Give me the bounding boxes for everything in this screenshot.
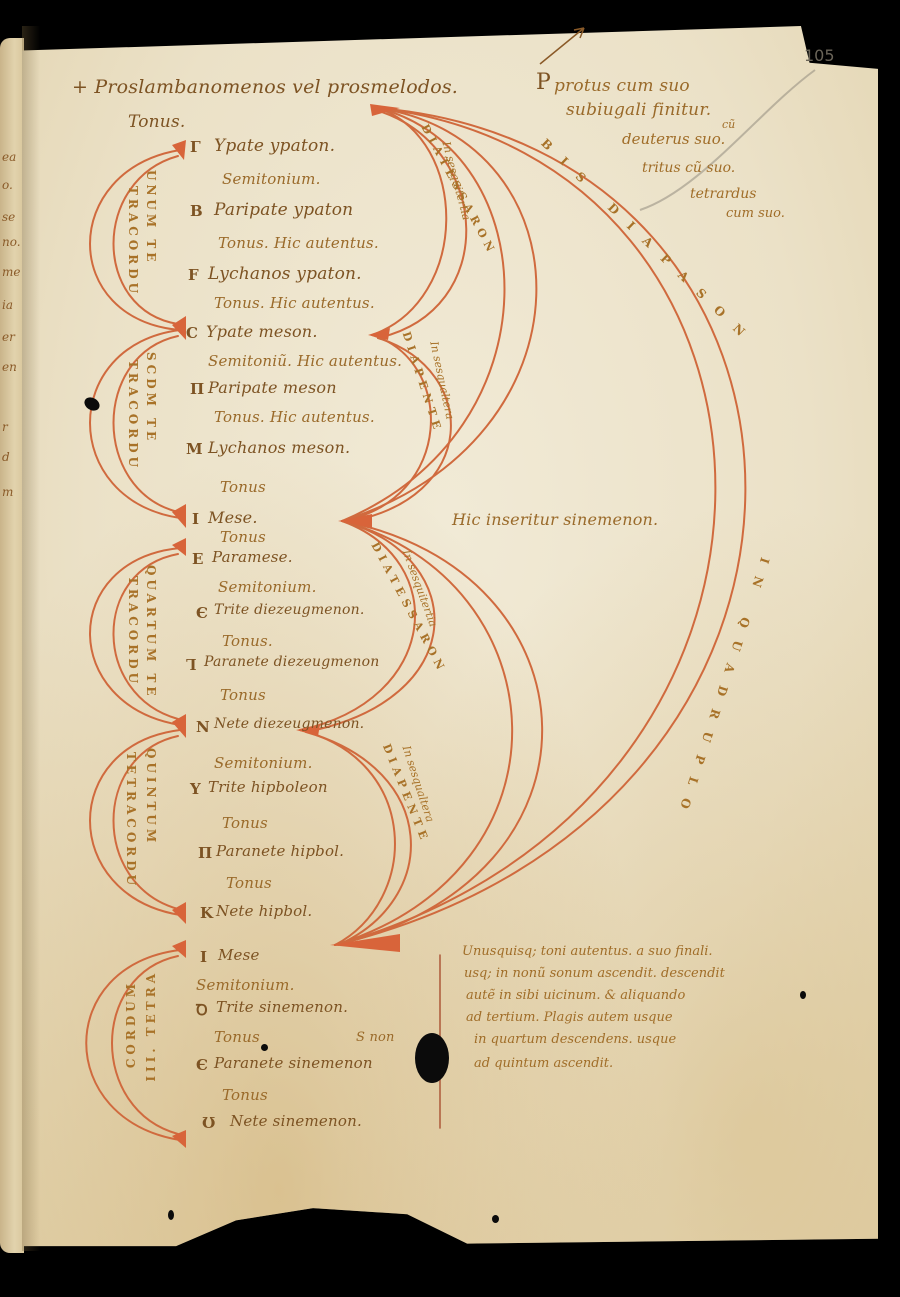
note-letter: Ε (192, 550, 203, 568)
note-name: Paranete diezeugmenon (204, 654, 379, 670)
tetrachord-4-label-a: QUARTUM TE (144, 565, 158, 700)
note-name: Mese (218, 946, 260, 964)
parchment-hole (415, 1033, 449, 1083)
note-name: Paripate ypaton (214, 200, 353, 220)
header-line1: + Proslambanomenos vel prosmelodos. (72, 76, 458, 98)
note-name: Nete sinemenon. (230, 1112, 362, 1130)
note-letter: I (200, 948, 207, 966)
mode-note-cumsuo: cum suo. (726, 206, 785, 221)
annotation-snon: S non (356, 1030, 395, 1045)
tetrachord-4-label-b: TRACORDU (126, 576, 140, 687)
note-name: Mese. (208, 508, 258, 527)
mode-note-deuterus: deuterus suo. (622, 130, 725, 148)
note-name: Trite hipboleon (208, 778, 328, 796)
parchment-hole (800, 991, 806, 999)
note-letter: Ꞁ (186, 656, 197, 674)
sinemenon-note: Hic inseritur sinemenon. (452, 510, 658, 529)
tetrachord-syn-label-b: CORDUM (124, 980, 138, 1068)
note-name: Paramese. (212, 548, 293, 566)
tetrachord-1-label-b: TRACORDU (126, 186, 140, 297)
parchment-hole (261, 1044, 268, 1051)
header-line2: subiugali finitur. (566, 100, 711, 120)
mode-note-tritus: tritus cũ suo. (642, 160, 735, 176)
interval-label: Semitonium. (214, 754, 313, 772)
note-name: Paripate meson (208, 378, 337, 397)
note-letter: M (186, 440, 203, 458)
header-protus: protus cum suo (554, 76, 690, 96)
interval-label: Semitonium. (222, 170, 321, 188)
tetrachord-syn-label-a: III. TETRA (144, 970, 158, 1081)
note-name: Lychanos meson. (208, 438, 350, 457)
tetrachord-2-label-b: TRACORDU (126, 360, 140, 471)
interval-label: Tonus (222, 1086, 268, 1104)
note-name: Paranete hipbol. (216, 842, 344, 860)
note-name: Trite diezeugmenon. (214, 602, 365, 618)
note-letter: K (200, 904, 213, 922)
parchment-hole (168, 1210, 174, 1220)
interval-label: Tonus. Hic autentus. (214, 408, 375, 426)
note-letter: Π (198, 844, 212, 862)
note-name: Ypate meson. (206, 322, 318, 341)
note-name: Paranete sinemenon (214, 1054, 373, 1072)
diapason-arc-lower (335, 521, 542, 945)
note-letter: Π (190, 380, 204, 398)
note-letter: Γ (190, 138, 201, 156)
note-letter: Ꝺ (196, 1000, 208, 1020)
note-line: Unusquisq; toni autentus. a suo finali. (462, 944, 713, 959)
note-letter: Ν (196, 718, 210, 736)
interval-label: Semitonium. (218, 578, 317, 596)
note-name: Nete diezeugmenon. (214, 716, 364, 732)
interval-label: Tonus. Hic autentus. (218, 234, 379, 252)
folio-number: 105 (804, 46, 835, 65)
note-name: Nete hipbol. (216, 902, 312, 920)
note-line: usq; in nonũ sonum ascendit. descendit (464, 966, 725, 981)
parchment-hole (492, 1215, 499, 1223)
header-tonus: Tonus. (128, 112, 185, 132)
note-letter: C (186, 324, 198, 342)
interval-label: Tonus (220, 686, 266, 704)
note-letter: I (192, 510, 199, 528)
interval-label: Tonus (220, 528, 266, 546)
note-line: autẽ in sibi uicinum. & aliquando (466, 988, 685, 1003)
interval-label: Semitoniũ. Hic autentus. (208, 352, 402, 370)
tetrachord-5-label-b: TETRACORDU (124, 752, 138, 889)
note-line: ad quintum ascendit. (474, 1056, 613, 1071)
note-name: Ypate ypaton. (214, 136, 335, 156)
note-letter: B (190, 202, 203, 220)
note-letter: F (188, 266, 199, 284)
interval-label: Tonus. (222, 632, 273, 650)
interval-label: Tonus (214, 1028, 260, 1046)
note-line: in quartum descendens. usque (474, 1032, 676, 1047)
note-name: Lychanos ypaton. (208, 264, 362, 284)
tetrachord-1-label-a: UNUM TE (144, 170, 158, 265)
tetrachord-2-label-a: SCDM TE (144, 352, 158, 444)
note-line: ad tertium. Plagis autem usque (466, 1010, 673, 1025)
note-letter: Є (196, 1056, 208, 1074)
note-letter: Є (196, 604, 208, 622)
interval-label: Semitonium. (196, 976, 295, 994)
interval-label: Tonus (226, 874, 272, 892)
tetrachord-5-label-a: QUINTUM (144, 748, 158, 846)
interval-label: Tonus. Hic autentus. (214, 294, 375, 312)
note-letter: Y (190, 780, 201, 798)
note-letter: Ʊ (202, 1114, 215, 1132)
protus-initial: P (536, 70, 551, 95)
note-name: Trite sinemenon. (216, 998, 348, 1016)
interval-label: Tonus (222, 814, 268, 832)
diapason-arc-upper (342, 108, 536, 521)
mode-note-tetrardus: tetrardus (690, 186, 756, 202)
interval-label: Tonus (220, 478, 266, 496)
